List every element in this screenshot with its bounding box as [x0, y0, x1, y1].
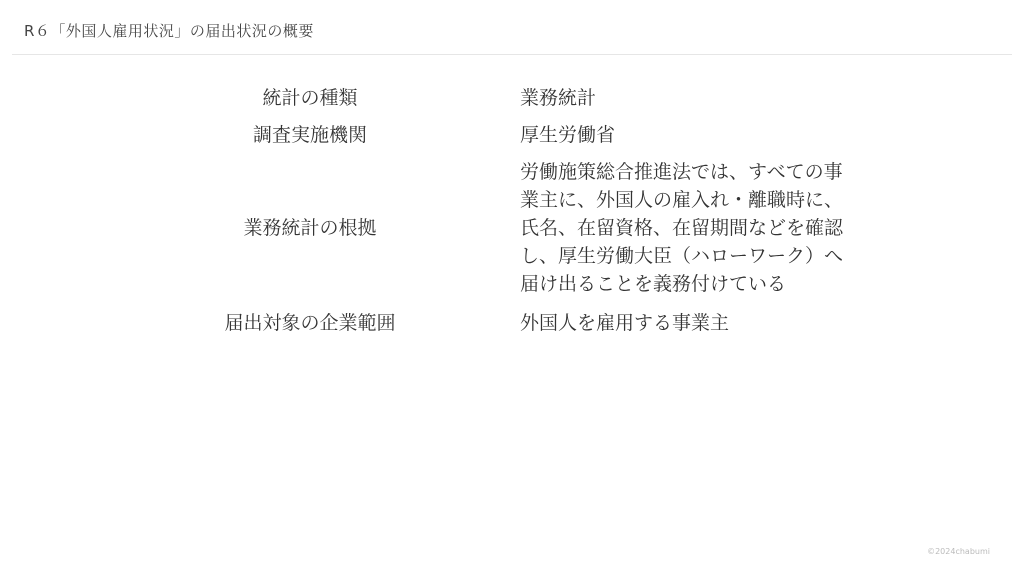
row-value: 外国人を雇用する事業主	[520, 309, 900, 337]
row-label: 統計の種類	[190, 84, 430, 112]
value-line: 氏名、在留資格、在留期間などを確認	[520, 214, 900, 242]
value-line: 届け出ることを義務付けている	[520, 270, 900, 298]
value-line: し、厚生労働大臣（ハローワーク）へ	[520, 242, 900, 270]
copyright: ©2024chabumi	[927, 547, 990, 556]
row-label: 届出対象の企業範囲	[190, 309, 430, 337]
row-value: 業務統計	[520, 84, 900, 112]
row-label: 業務統計の根拠	[190, 214, 430, 242]
value-line: 業主に、外国人の雇入れ・離職時に、	[520, 186, 900, 214]
page-title: R６「外国人雇用状況」の届出状況の概要	[24, 20, 314, 41]
row-value: 労働施策総合推進法では、すべての事 業主に、外国人の雇入れ・離職時に、 氏名、在…	[520, 158, 900, 298]
row-label: 調査実施機関	[190, 121, 430, 149]
header-divider	[12, 54, 1012, 55]
row-value: 厚生労働省	[520, 121, 900, 149]
value-line: 労働施策総合推進法では、すべての事	[520, 158, 900, 186]
